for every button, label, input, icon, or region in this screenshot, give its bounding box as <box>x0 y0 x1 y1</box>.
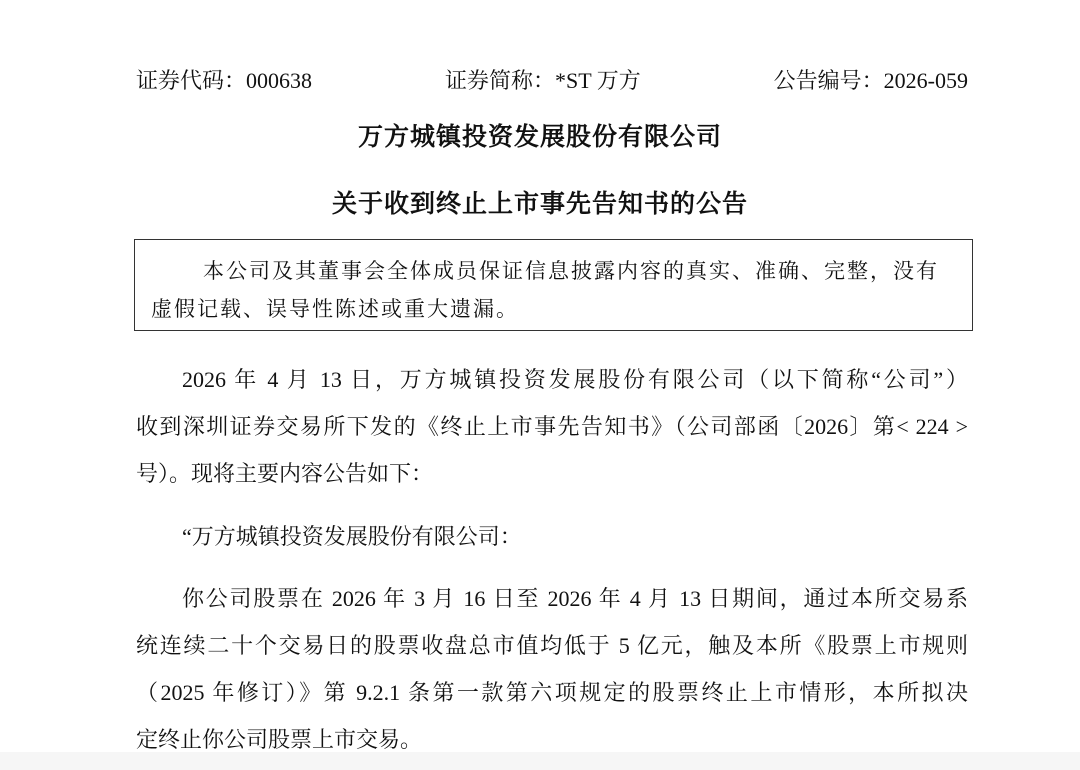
paragraph-line: 2026 年 4 月 13 日，万方城镇投资发展股份有限公司（以下简称“公司”） <box>136 356 968 403</box>
announcement-number: 公告编号：2026-059 <box>774 64 968 95</box>
paragraph-line: “万方城镇投资发展股份有限公司： <box>136 513 968 560</box>
stock-short-name: 证券简称：*ST 万方 <box>445 64 641 95</box>
disclosure-statement-box: 本公司及其董事会全体成员保证信息披露内容的真实、准确、完整，没有 虚假记载、误导… <box>134 239 973 331</box>
page-bottom-edge <box>0 752 1080 770</box>
paragraph-line: （2025 年修订）》第 9.2.1 条第一款第六项规定的股票终止上市情形，本所… <box>136 669 968 716</box>
paragraph-salutation: “万方城镇投资发展股份有限公司： <box>136 513 968 560</box>
announcement-title: 关于收到终止上市事先告知书的公告 <box>0 184 1080 220</box>
company-title: 万方城镇投资发展股份有限公司 <box>0 117 1080 153</box>
disclosure-line-2: 虚假记载、误导性陈述或重大遗漏。 <box>151 290 956 328</box>
announcement-header: 证券代码：000638 证券简称：*ST 万方 公告编号：2026-059 <box>136 62 968 96</box>
paragraph-delisting-details: 你公司股票在 2026 年 3 月 16 日至 2026 年 4 月 13 日期… <box>136 575 968 763</box>
disclosure-line-1: 本公司及其董事会全体成员保证信息披露内容的真实、准确、完整，没有 <box>151 252 956 290</box>
paragraph-line: 号）。现将主要内容公告如下： <box>136 450 968 497</box>
document-page: 证券代码：000638 证券简称：*ST 万方 公告编号：2026-059 万方… <box>0 0 1080 770</box>
stock-code: 证券代码：000638 <box>136 64 312 95</box>
paragraph-line: 你公司股票在 2026 年 3 月 16 日至 2026 年 4 月 13 日期… <box>136 575 968 622</box>
paragraph-receipt-notice: 2026 年 4 月 13 日，万方城镇投资发展股份有限公司（以下简称“公司”）… <box>136 356 968 497</box>
paragraph-line: 统连续二十个交易日的股票收盘总市值均低于 5 亿元，触及本所《股票上市规则 <box>136 622 968 669</box>
paragraph-line: 收到深圳证券交易所下发的《终止上市事先告知书》（公司部函〔2026〕第< 224… <box>136 403 968 450</box>
